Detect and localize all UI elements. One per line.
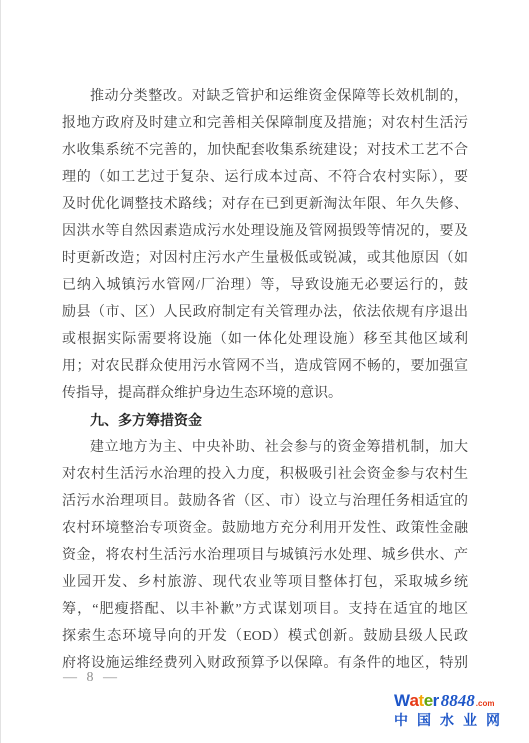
text-line: 或根据实际需要将设施（如一体化处理设施）移至其他区域利 — [62, 326, 468, 353]
text-line: 已纳入城镇污水管网/厂治理）等，导致设施无必要运行的，鼓 — [62, 272, 468, 299]
text-line: 时更新改造；对因村庄污水产生量极低或锐减，或其他原因（如 — [62, 245, 468, 272]
water-wordmark: W a t e r — [394, 691, 439, 710]
logo-letter-w: W — [394, 691, 410, 710]
water8848-logo: W a t e r 8848 .com 中国水业网 — [394, 691, 527, 728]
text-line: 报地方政府及时建立和完善相关保障制度及措施；对农村生活污 — [62, 110, 468, 137]
page-number: — 8 — — [63, 668, 120, 688]
logo-brand-line: W a t e r 8848 .com — [394, 691, 527, 710]
text-line: 建立地方为主、中央补助、社会参与的资金筹措机制，加大 — [62, 434, 468, 461]
page: { "page": { "background": "#ffffff", "te… — [0, 0, 529, 743]
text-line: 及时优化调整技术路线；对存在已到更新淘汰年限、年久失修、 — [62, 191, 468, 218]
section-heading: 九、多方筹措资金 — [62, 407, 468, 434]
text-line: 资金，将农村生活污水治理项目与城镇污水处理、城乡供水、产 — [62, 542, 468, 569]
text-line: 府将设施运维经费列入财政预算予以保障。有条件的地区，特别 — [62, 650, 468, 677]
text-line: 传指导，提高群众维护身边生态环境的意识。 — [62, 380, 468, 407]
logo-tld-com: .com — [476, 699, 495, 709]
text-line: 农村环境整治专项资金。鼓励地方充分利用开发性、政策性金融 — [62, 515, 468, 542]
text-line: 对农村生活污水治理的投入力度，积极吸引社会资金参与农村生 — [62, 461, 468, 488]
text-line: 业园开发、乡村旅游、现代农业等项目整体打包，采取城乡统 — [62, 569, 468, 596]
text-line: 活污水治理项目。鼓励各省（区、市）设立与治理任务相适宜的 — [62, 488, 468, 515]
scan-edge-line — [0, 0, 1, 743]
logo-letter-r: r — [433, 691, 439, 710]
text-line: 探索生态环境导向的开发（EOD）模式创新。鼓励县级人民政 — [62, 623, 468, 650]
logo-number-8848: 8848 — [441, 691, 475, 710]
text-line: 励县（市、区）人民政府制定有关管理办法，依法依规有序退出 — [62, 299, 468, 326]
text-line: 用；对农民群众使用污水管网不当，造成管网不畅的，要加强宣 — [62, 353, 468, 380]
document-body: 推动分类整改。对缺乏管护和运维资金保障等长效机制的，报地方政府及时建立和完善相关… — [62, 83, 468, 677]
text-line: 因洪水等自然因素造成污水处理设施及管网损毁等情况的，要及 — [62, 218, 468, 245]
logo-letter-e: e — [424, 691, 433, 710]
logo-letter-a: a — [410, 691, 419, 710]
text-line: 筹，“肥瘦搭配、以丰补歉”方式谋划项目。支持在适宜的地区 — [62, 596, 468, 623]
logo-site-name: 中国水业网 — [394, 712, 527, 728]
text-line: 理的（如工艺过于复杂、运行成本过高、不符合农村实际），要 — [62, 164, 468, 191]
text-line: 推动分类整改。对缺乏管护和运维资金保障等长效机制的， — [62, 83, 468, 110]
text-line: 水收集系统不完善的，加快配套收集系统建设；对技术工艺不合 — [62, 137, 468, 164]
